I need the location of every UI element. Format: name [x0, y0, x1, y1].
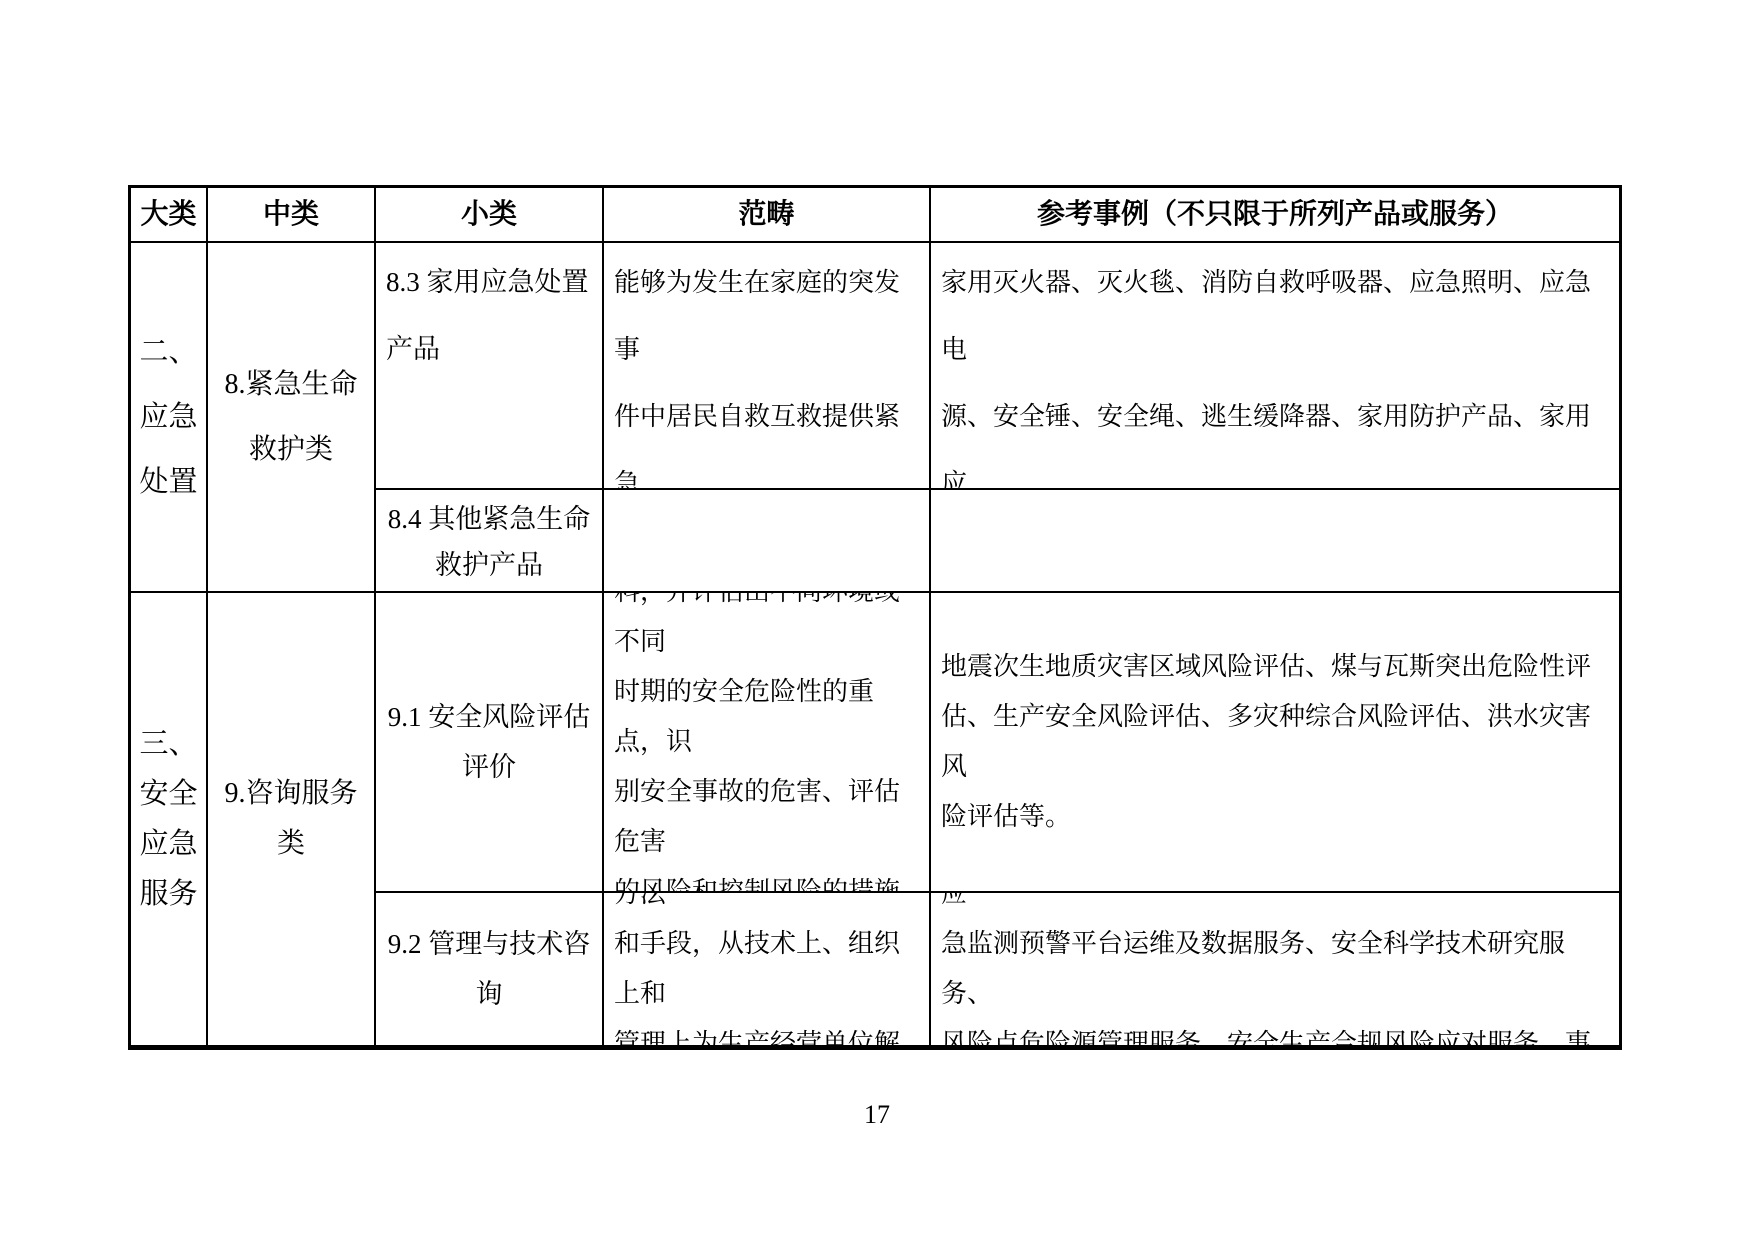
- minor-cell-8-3: 8.3 家用应急处置 产品: [376, 243, 604, 490]
- examples-cell-9-2: 安全应急规划编制、应急预案编制、应急体系创建、安全应 急监测预警平台运维及数据服…: [931, 893, 1619, 1045]
- scope-cell-8-4-empty: [604, 490, 931, 593]
- minor-cell-9-2: 9.2 管理与技术咨 询: [376, 893, 604, 1045]
- header-cell-middle: 中类: [208, 188, 376, 243]
- scope-cell-9-1: 为安全管理工作提供基础资 料，并评估出不同环境或不同 时期的安全危险性的重点，识…: [604, 593, 931, 893]
- scope-cell-9-2: 运用现代安全管理原理、方法 和手段，从技术上、组织上和 管理上为生产经营单位解决: [604, 893, 931, 1045]
- scope-cell-8-3: 能够为发生在家庭的突发事 件中居民自救互救提供紧急 处置的安全应急产品。: [604, 243, 931, 490]
- major-category-cell-2: 二、 应急 处置: [131, 243, 208, 593]
- page-number: 17: [0, 1100, 1754, 1130]
- header-cell-examples: 参考事例（不只限于所列产品或服务）: [931, 188, 1619, 243]
- minor-cell-9-1: 9.1 安全风险评估 评价: [376, 593, 604, 893]
- examples-cell-9-1: 地震次生地质灾害区域风险评估、煤与瓦斯突出危险性评 估、生产安全风险评估、多灾种…: [931, 593, 1619, 893]
- header-cell-major: 大类: [131, 188, 208, 243]
- middle-category-cell-8: 8.紧急生命 救护类: [208, 243, 376, 593]
- header-cell-scope: 范畴: [604, 188, 931, 243]
- examples-cell-8-4-empty: [931, 490, 1619, 593]
- classification-table: 大类 中类 小类 范畴 参考事例（不只限于所列产品或服务） 二、 应急 处置 8…: [128, 185, 1622, 1050]
- examples-cell-8-3: 家用灭火器、灭火毯、消防自救呼吸器、应急照明、应急电 源、安全锤、安全绳、逃生缓…: [931, 243, 1619, 490]
- major-category-cell-3: 三、 安全 应急 服务: [131, 593, 208, 1045]
- middle-category-cell-9: 9.咨询服务 类: [208, 593, 376, 1045]
- header-cell-minor: 小类: [376, 188, 604, 243]
- minor-cell-8-4: 8.4 其他紧急生命 救护产品: [376, 490, 604, 593]
